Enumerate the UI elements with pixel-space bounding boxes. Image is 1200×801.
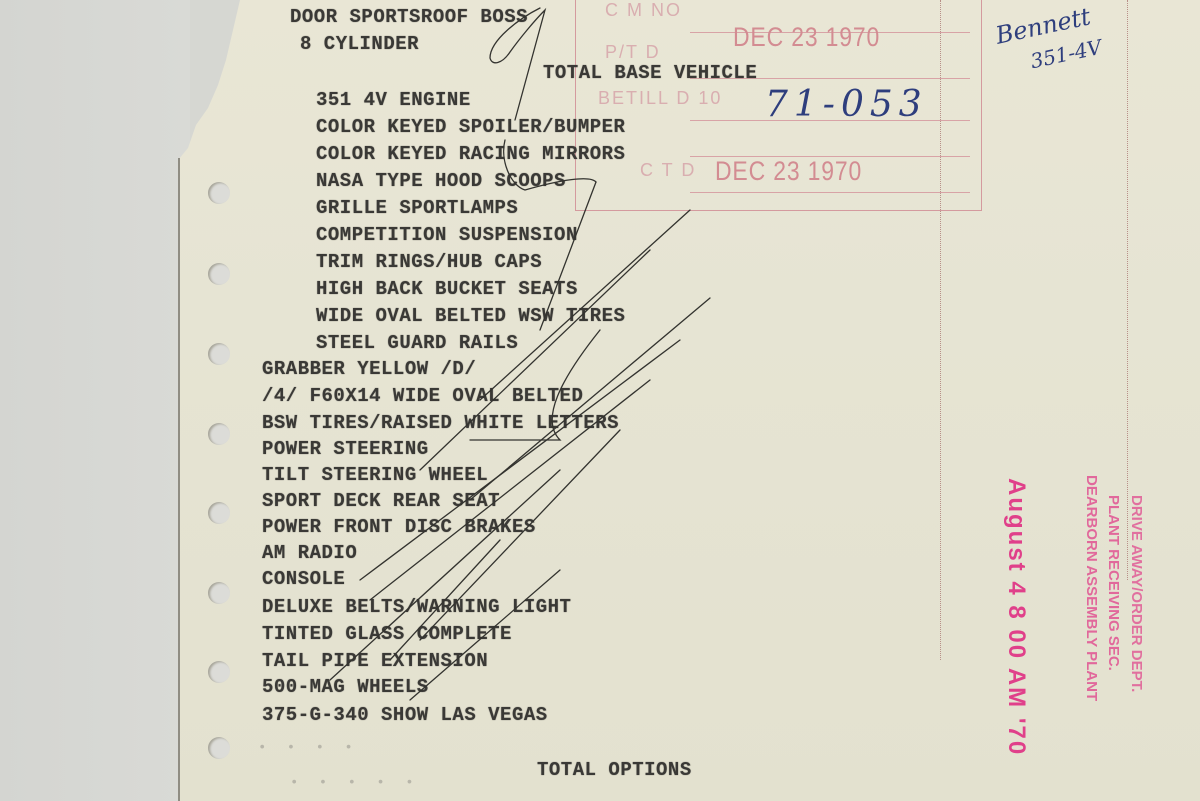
pink-stamp-text: DRIVE AWAY/ORDER DEPT.: [1128, 495, 1145, 692]
pink-date-stamp: August 4 8 00 AM '70: [1002, 478, 1030, 756]
pink-stamp-text: DEARBORN ASSEMBLY PLANT: [1083, 475, 1100, 701]
pink-stamp-text: PLANT RECEIVING SEC.: [1105, 495, 1122, 671]
